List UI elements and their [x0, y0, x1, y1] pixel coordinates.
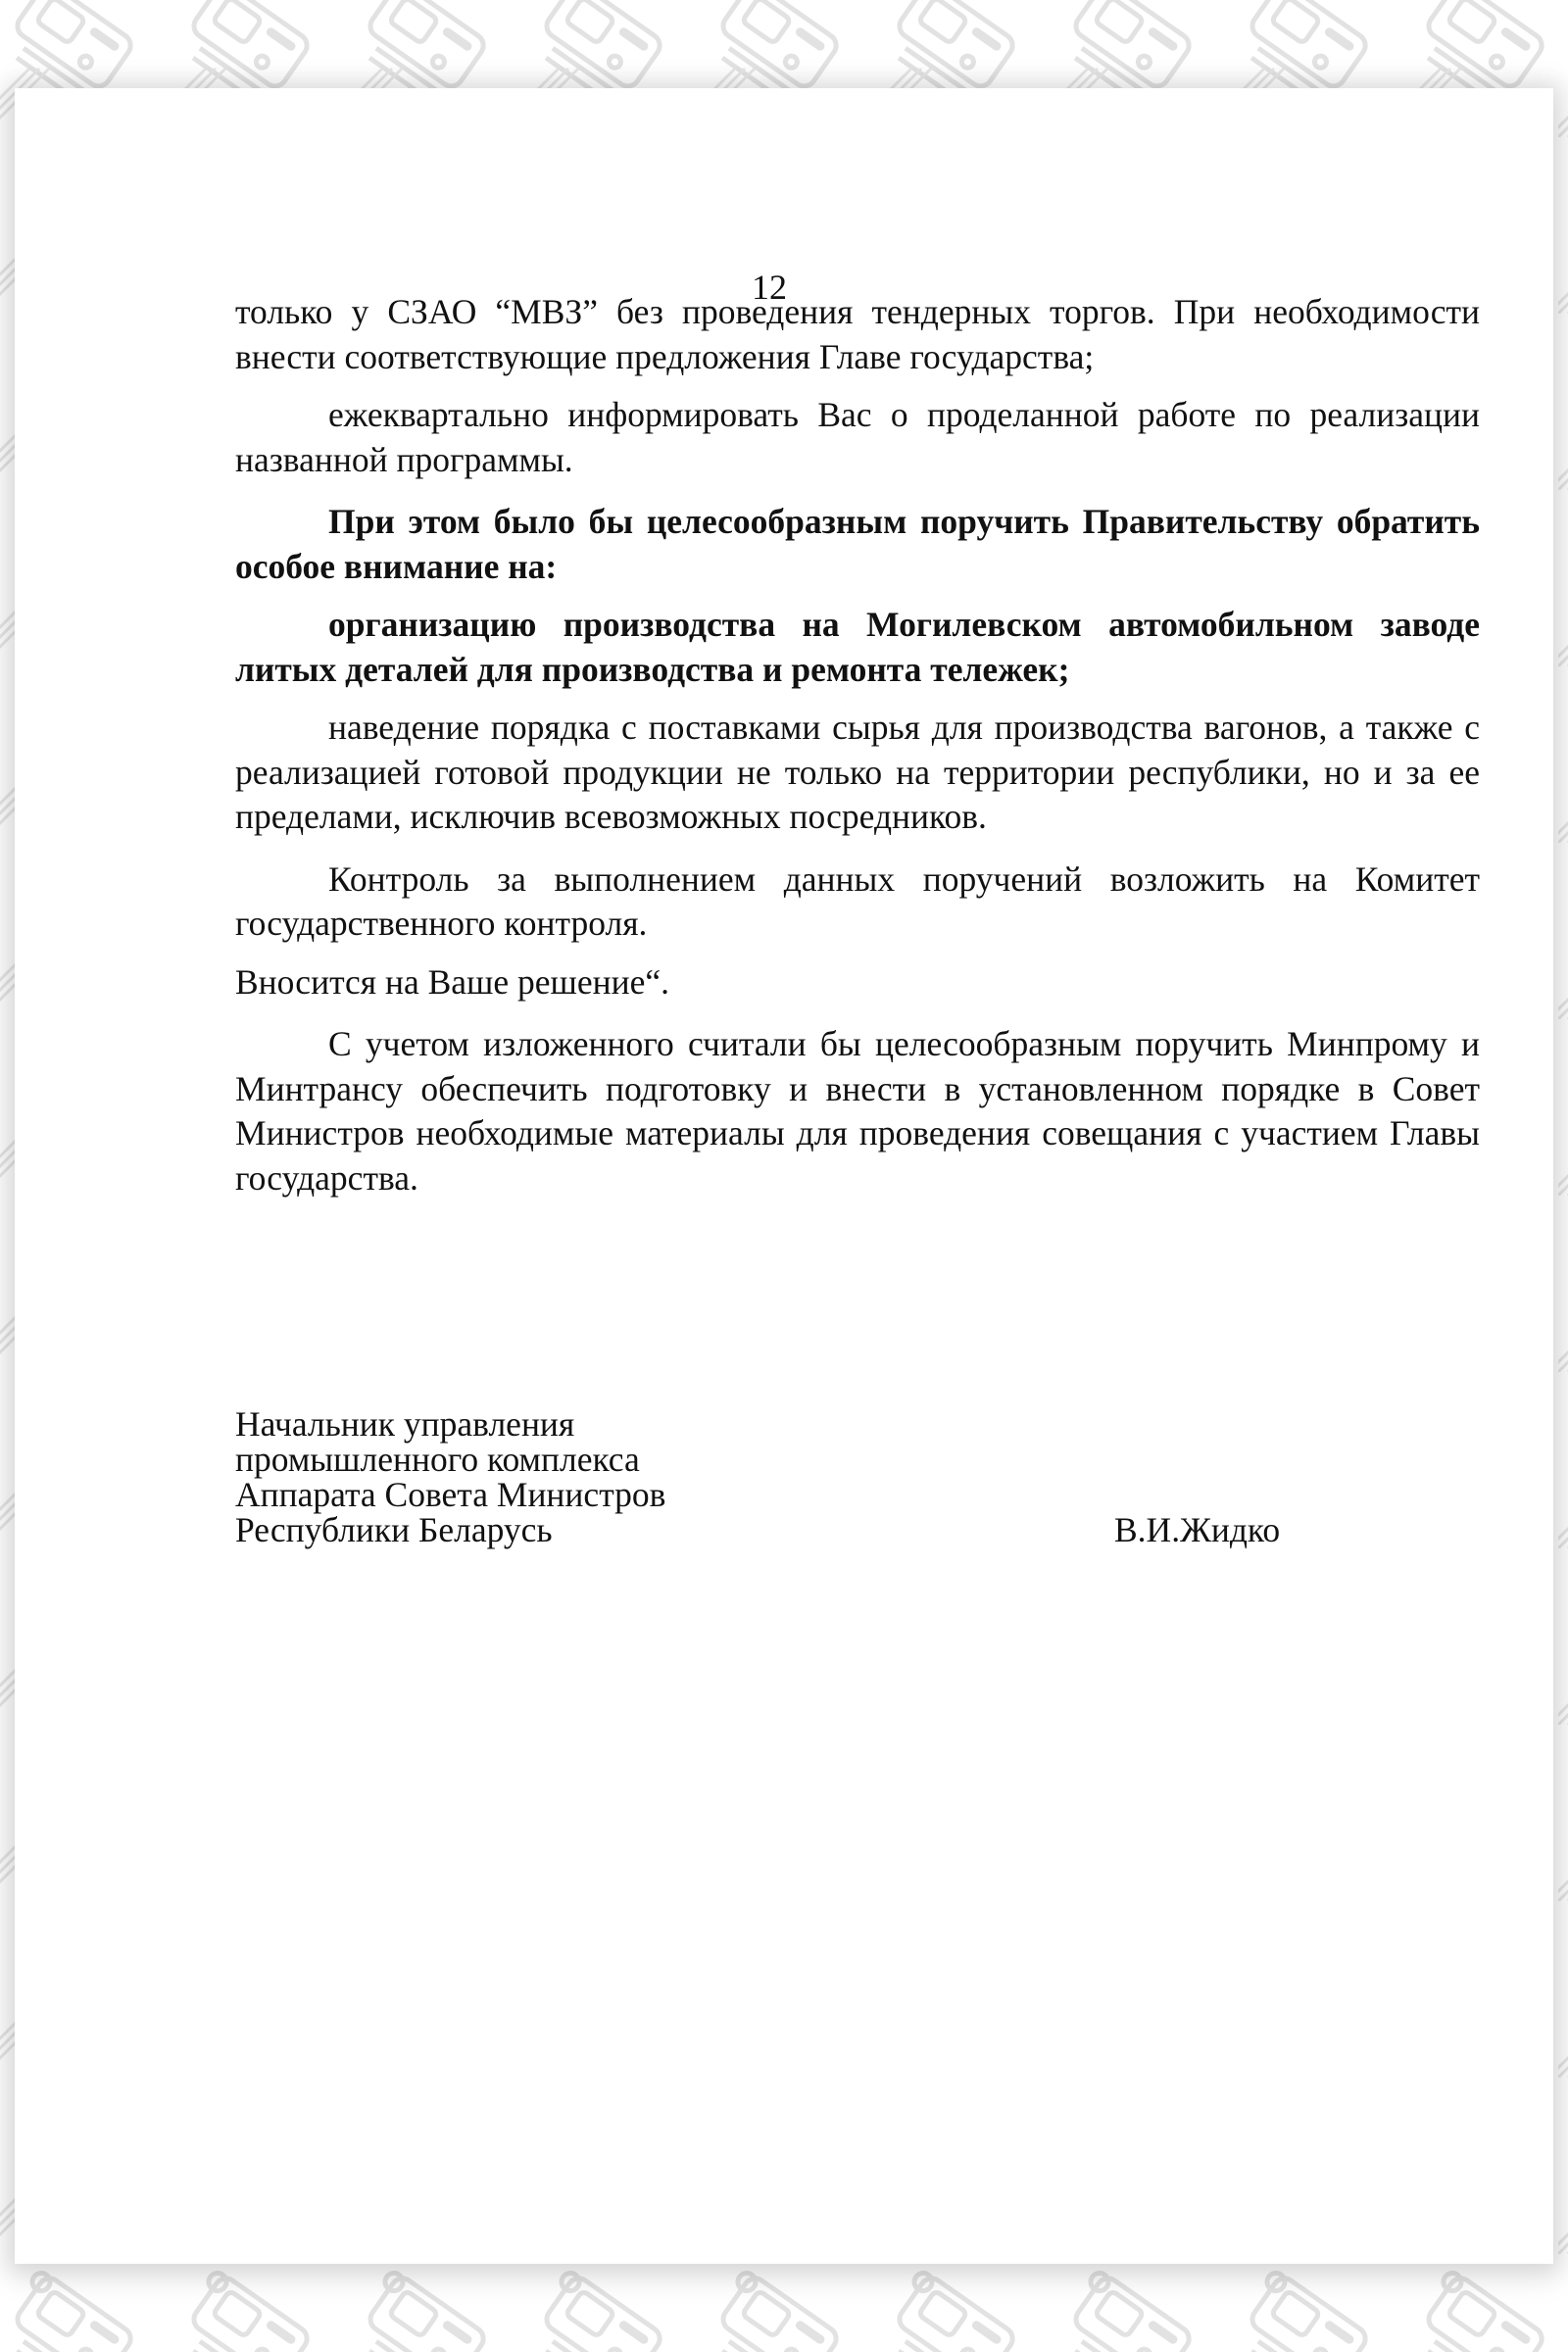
signatory-name: В.И.Жидко	[1114, 1512, 1280, 1547]
document-body: только у СЗАО “МВЗ” без проведения тенде…	[235, 235, 1480, 1200]
document-page: 12 только у СЗАО “МВЗ” без проведения те…	[15, 88, 1553, 2264]
paragraph-quarterly-report: ежеквартально информировать Вас о продел…	[235, 393, 1480, 482]
paragraph-mogilev-production: организацию производства на Могилевском …	[235, 603, 1480, 692]
paragraph-continuation: только у СЗАО “МВЗ” без проведения тенде…	[235, 290, 1480, 379]
signature-title-line: Республики Беларусь	[235, 1512, 1480, 1547]
signature-title-line: промышленного комплекса	[235, 1442, 1480, 1477]
paragraph-submitted: Вносится на Ваше решение“.	[235, 960, 1480, 1005]
paragraph-supply-order: наведение порядка с поставками сырья для…	[235, 706, 1480, 840]
paragraph-conclusion: С учетом изложенного считали бы целесооб…	[235, 1022, 1480, 1200]
signature-block: Начальник управления промышленного компл…	[235, 1406, 1480, 1547]
paragraph-control: Контроль за выполнением данных поручений…	[235, 857, 1480, 947]
paragraph-government-instruction: При этом было бы целесообразным поручить…	[235, 500, 1480, 589]
signature-title-line: Аппарата Совета Министров	[235, 1477, 1480, 1512]
signature-title-line: Начальник управления	[235, 1406, 1480, 1442]
